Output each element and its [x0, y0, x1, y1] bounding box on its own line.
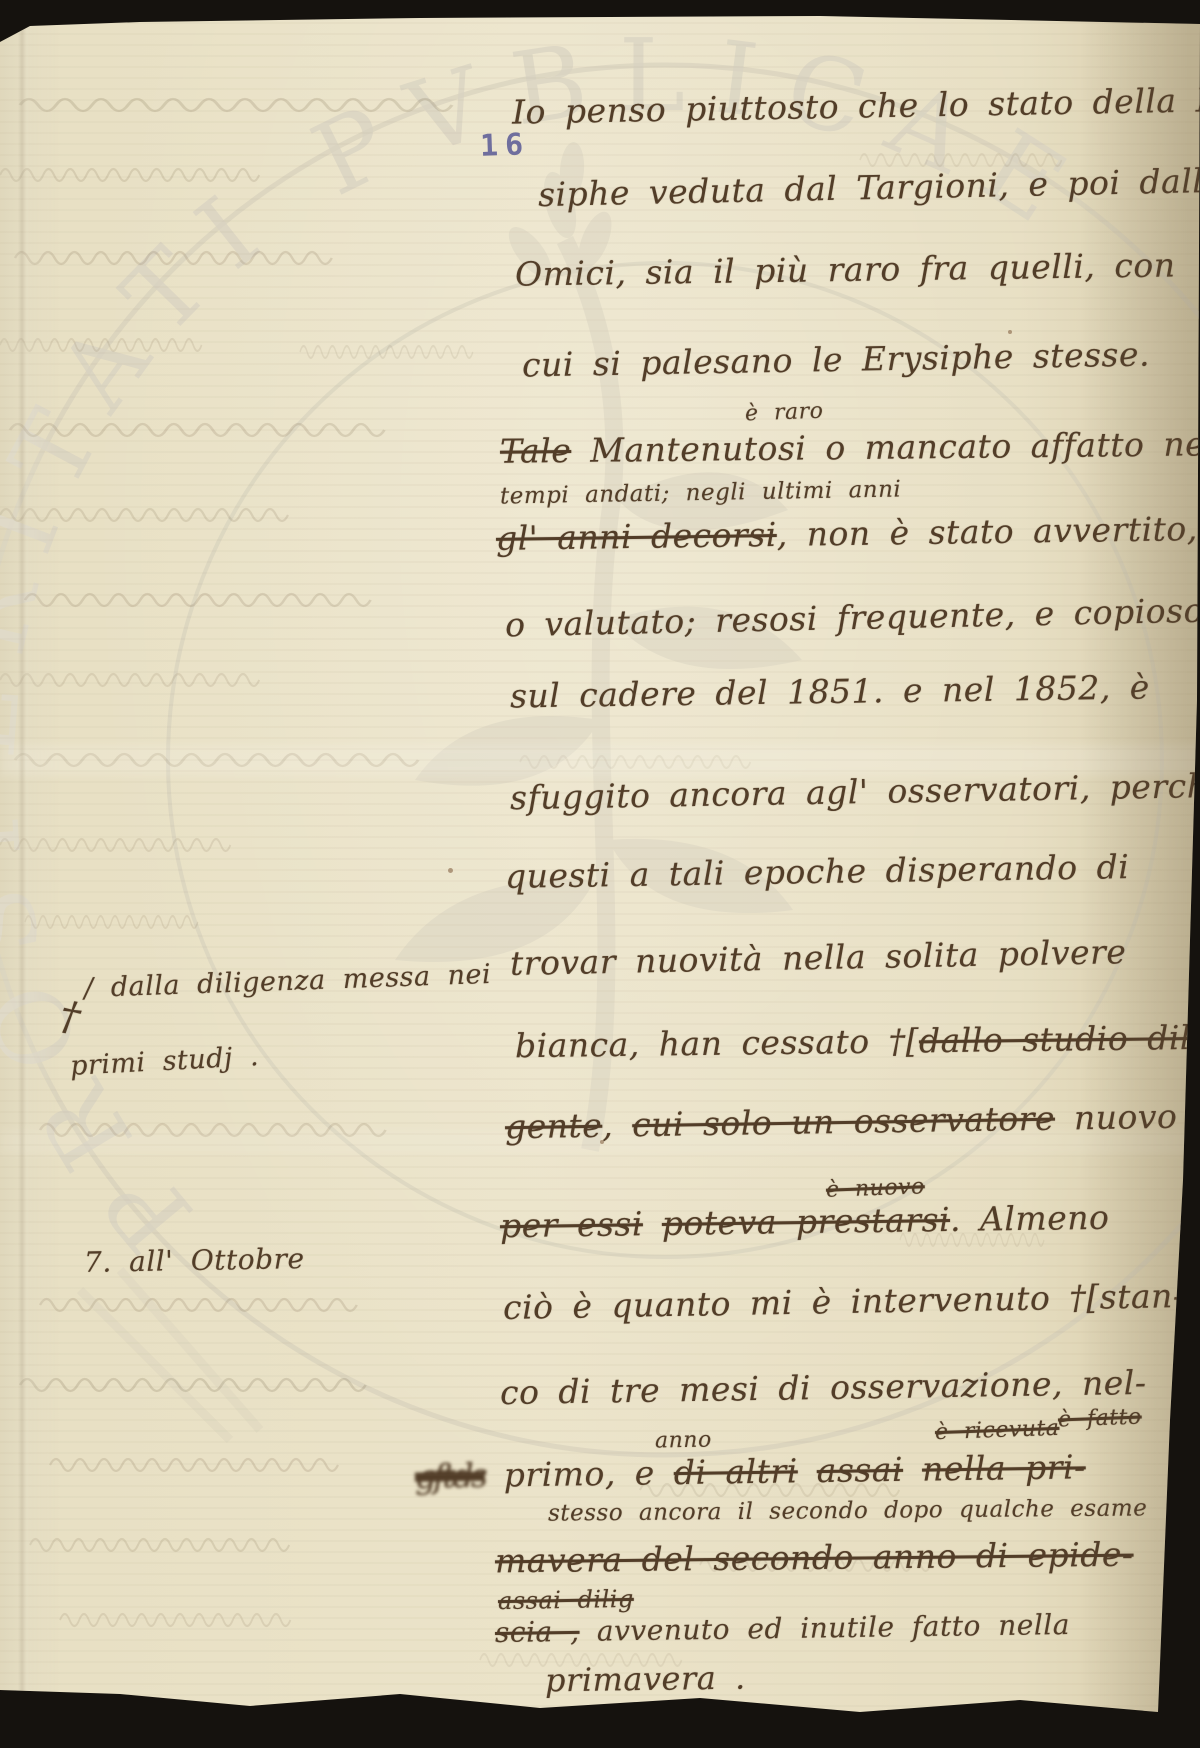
insertion-cross-mark: †: [56, 993, 84, 1042]
struck-text: è nuovo: [826, 1174, 926, 1202]
manuscript-line: è fatto: [1058, 1405, 1143, 1433]
struck-text: per essi: [500, 1204, 643, 1245]
manuscript-line: sfuggito ancora agl' osservatori, perchè: [510, 766, 1200, 818]
scanned-manuscript: PROSPERITATI PVBLICAE: [0, 0, 1200, 1748]
manuscript-line: mavera del secondo anno di epide-: [495, 1535, 1134, 1581]
manuscript-text: questi a tali epoche disperando di: [505, 847, 1130, 896]
struck-text: è ricevuta: [935, 1416, 1060, 1445]
manuscript-text: †: [56, 993, 84, 1042]
manuscript-text: ciò è quanto mi è intervenuto †[stan-: [503, 1276, 1185, 1327]
manuscript-text: Omici, sia il più raro fra quelli, con: [515, 245, 1176, 293]
manuscript-line: stesso ancora il secondo dopo qualche es…: [548, 1495, 1147, 1526]
manuscript-text: 7. all' Ottobre: [84, 1242, 305, 1279]
manuscript-text: anno: [655, 1428, 712, 1454]
struck-text: gente: [505, 1106, 603, 1147]
manuscript-text: siphe veduta dal Targioni, e poi dall': [538, 161, 1200, 214]
manuscript-line: Io penso piuttosto che lo stato della Er…: [512, 79, 1200, 131]
struck-text: Tale: [500, 431, 572, 471]
manuscript-line: per essi poteva prestarsi. Almeno: [500, 1198, 1110, 1246]
foxing-speck: [448, 868, 453, 873]
manuscript-line: è ricevuta: [935, 1416, 1060, 1445]
struck-text: poteva prestarsi: [662, 1200, 951, 1243]
manuscript-text: Io penso piuttosto che lo stato della Er…: [512, 79, 1200, 131]
manuscript-line: ciò è quanto mi è intervenuto †[stan-: [503, 1276, 1185, 1327]
manuscript-text: primo, e: [484, 1453, 674, 1495]
page-number-stamp: 16: [479, 127, 530, 164]
struck-text: scia ,: [495, 1615, 580, 1649]
margin-note-diligenza-2: primi studj .: [69, 1041, 259, 1082]
manuscript-line: anno: [655, 1428, 712, 1454]
manuscript-text: tempi andati; negli ultimi anni: [500, 477, 902, 510]
manuscript-text: cui si palesano le Erysiphe stesse.: [522, 335, 1151, 385]
foxing-speck: [1008, 330, 1012, 334]
struck-text: di altri: [674, 1451, 799, 1492]
manuscript-line: cui si palesano le Erysiphe stesse.: [522, 335, 1151, 385]
struck-text: è fatto: [1058, 1405, 1143, 1433]
manuscript-text: è raro: [745, 399, 824, 427]
manuscript-text: o valutato; resosi frequente, e copioso: [505, 591, 1200, 645]
manuscript-text: ,: [602, 1105, 633, 1144]
manuscript-text: stesso ancora il secondo dopo qualche es…: [548, 1495, 1147, 1526]
manuscript-line: siphe veduta dal Targioni, e poi dall': [538, 161, 1200, 214]
manuscript-line: questi a tali epoche disperando di: [505, 847, 1130, 896]
manuscript-text: / dalla diligenza messa nei: [84, 959, 492, 1004]
manuscript-line: scia , avvenuto ed inutile fatto nella: [495, 1608, 1070, 1649]
manuscript-line: gftds primo, e di altri assai nella pri-: [415, 1447, 1086, 1495]
struck-text: gl' anni decorsi: [496, 515, 777, 558]
manuscript-line: Omici, sia il più raro fra quelli, con: [515, 245, 1176, 293]
manuscript-text: . Almeno: [950, 1198, 1110, 1239]
struck-text: assai: [817, 1450, 904, 1490]
manuscript-text: bianca, han cessato †[: [515, 1021, 919, 1065]
margin-note-ottobre: 7. all' Ottobre: [84, 1242, 305, 1279]
manuscript-line: sul cadere del 1851. e nel 1852, è: [510, 668, 1150, 716]
margin-note-diligenza: / dalla diligenza messa nei: [84, 959, 492, 1004]
manuscript-line: è raro: [745, 399, 824, 427]
manuscript-line: trovar nuovità nella solita polvere: [510, 932, 1127, 983]
manuscript-line: tempi andati; negli ultimi anni: [500, 477, 902, 510]
manuscript-page: PROSPERITATI PVBLICAE: [0, 0, 1200, 1748]
binding-crease: [18, 0, 26, 1748]
manuscript-text: primi studj .: [69, 1041, 259, 1082]
manuscript-text: Mantenutosi o mancato affatto nei: [571, 424, 1200, 470]
manuscript-line: assai dilig: [498, 1585, 634, 1615]
struck-text: mavera del secondo anno di epide-: [495, 1535, 1134, 1581]
manuscript-text: [643, 1204, 663, 1243]
manuscript-text: [798, 1451, 818, 1490]
manuscript-text: trovar nuovità nella solita polvere: [510, 932, 1127, 983]
manuscript-text: sfuggito ancora agl' osservatori, perchè: [510, 766, 1200, 818]
manuscript-text: nuovo: [1055, 1097, 1178, 1138]
manuscript-line: bianca, han cessato †[dallo studio dili-: [515, 1018, 1200, 1066]
manuscript-line: co di tre mesi di osservazione, nel-: [500, 1363, 1147, 1412]
manuscript-text: , non è stato avvertito,: [776, 509, 1198, 554]
struck-text: cui solo un osservatore: [632, 1099, 1055, 1145]
ink-blot: gftds: [415, 1456, 485, 1496]
manuscript-line: è nuovo: [826, 1174, 926, 1202]
struck-text: assai dilig: [498, 1585, 634, 1615]
struck-text: dallo studio dili-: [919, 1018, 1200, 1061]
manuscript-line: gente, cui solo un osservatore nuovo: [505, 1097, 1178, 1147]
manuscript-line: Tale Mantenutosi o mancato affatto nei: [500, 424, 1200, 470]
manuscript-text: [903, 1450, 923, 1489]
manuscript-text: avvenuto ed inutile fatto nella: [579, 1608, 1070, 1648]
manuscript-text: sul cadere del 1851. e nel 1852, è: [510, 668, 1150, 716]
manuscript-text: primavera .: [545, 1659, 746, 1700]
struck-text: nella pri-: [922, 1447, 1086, 1488]
manuscript-line: gl' anni decorsi, non è stato avvertito,: [496, 509, 1198, 558]
manuscript-text: co di tre mesi di osservazione, nel-: [500, 1363, 1147, 1412]
manuscript-line: o valutato; resosi frequente, e copioso: [505, 591, 1200, 645]
manuscript-line: primavera .: [545, 1659, 746, 1700]
